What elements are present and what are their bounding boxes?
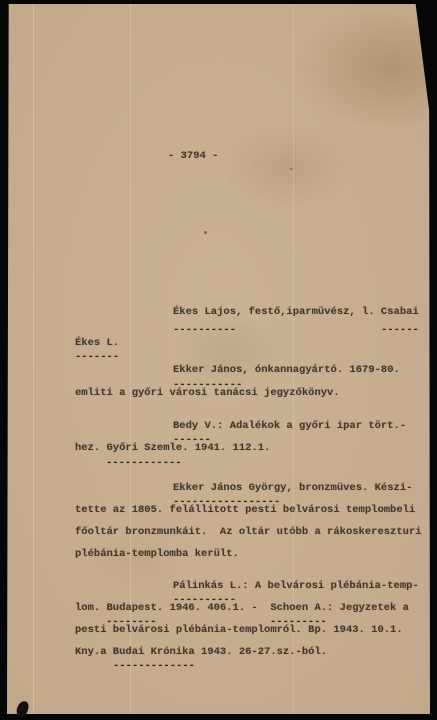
scan-background: { "page": { "number": "- 3794 -", "entri… xyxy=(0,0,437,720)
entry-3-line-1: Bedy V.: Adalékok a győri ipar tört.- xyxy=(173,421,406,432)
page-number: - 3794 - xyxy=(168,151,218,162)
entry-4-line-4: plébánia-templomba került. xyxy=(75,549,239,560)
entry-4-line-2: tette az 1805. felállitott pesti belváro… xyxy=(75,505,415,516)
entry-1-line-2: Ékes L. xyxy=(75,338,119,349)
entry-1-underline-ekes-l: ------- xyxy=(75,352,119,363)
entry-2-line-1: Ekker János, ónkannagyártó. 1679-80. xyxy=(173,365,400,376)
entry-5-line-3: pesti belvárosi plébánia-templomról. Bp.… xyxy=(75,625,403,636)
entry-2-line-2: emliti a győri városi tanácsi jegyzőköny… xyxy=(75,388,340,399)
entry-1-underline-ekes-lajos: ---------- xyxy=(173,325,236,336)
entry-5-line-1: Pálinkás L.: A belvárosi plébánia-temp- xyxy=(173,581,419,592)
entry-3-line-2: hez. Győri Szemle. 1941. 112.1. xyxy=(75,443,270,454)
entry-4-line-1: Ekker János György, bronzmüves. Készi- xyxy=(173,483,412,494)
entry-5-underline-budai-kronika: ------------- xyxy=(113,661,195,672)
entry-4-line-3: főoltár bronzmunkáit. Az oltár utóbb a r… xyxy=(75,527,422,538)
ink-speck xyxy=(289,168,293,170)
entry-3-underline-gyori-szemle: ------------ xyxy=(106,458,182,469)
entry-1-line-1: Ékes Lajos, festő,iparmüvész, l. Csabai xyxy=(173,307,419,318)
entry-5-line-4: Kny.a Budai Krónika 1943. 26-27.sz.-ból. xyxy=(75,647,327,658)
fold-line xyxy=(33,4,34,714)
entry-1-underline-csabai: ------ xyxy=(381,325,419,336)
entry-5-line-2: lom. Budapest. 1946. 406.1. - Schoen A.:… xyxy=(75,603,409,614)
ink-speck xyxy=(204,231,207,234)
